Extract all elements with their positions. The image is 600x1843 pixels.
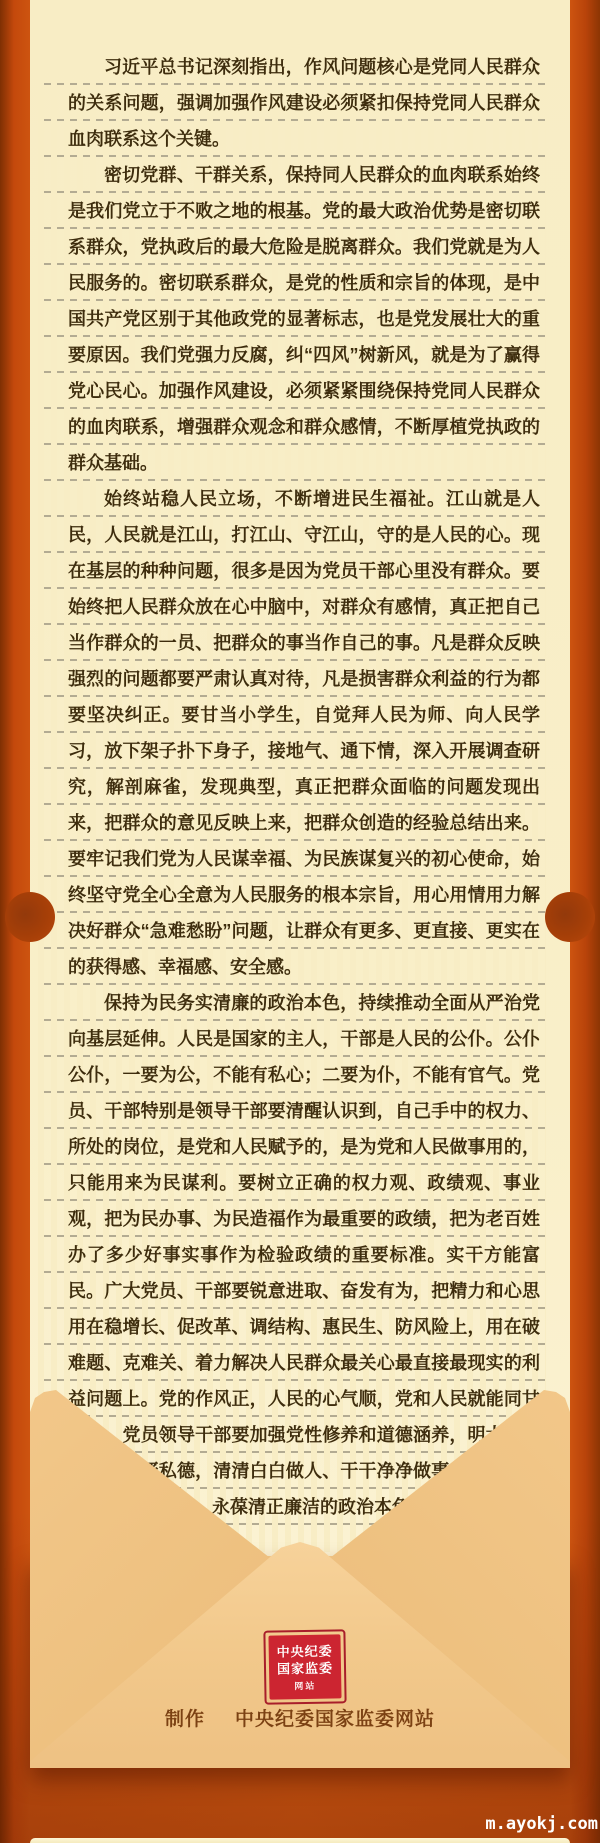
credit-text: 中央纪委国家监委网站 [235, 1704, 435, 1731]
paragraph: 始终站稳人民立场，不断增进民生福祉。江山就是人民，人民就是江山，打江山、守江山，… [68, 481, 540, 985]
paragraph: 习近平总书记深刻指出，作风问题核心是党同人民群众的关系问题，强调加强作风建设必须… [68, 49, 540, 157]
letter-paper: 习近平总书记深刻指出，作风问题核心是党同人民群众的关系问题，强调加强作风建设必须… [30, 0, 570, 1560]
ticket-notch-right [545, 892, 595, 942]
watermark-url: m.ayokj.com [485, 1814, 598, 1834]
ticket-notch-left [5, 892, 55, 942]
poster-page: 习近平总书记深刻指出，作风问题核心是党同人民群众的关系问题，强调加强作风建设必须… [0, 0, 600, 1843]
credit-label: 制作 [165, 1704, 205, 1731]
paragraph: 密切党群、干群关系，保持同人民群众的血肉联系始终是我们党立于不败之地的根基。党的… [68, 157, 540, 481]
next-card-edge [30, 1838, 570, 1843]
article-body: 习近平总书记深刻指出，作风问题核心是党同人民群众的关系问题，强调加强作风建设必须… [68, 49, 540, 1525]
seal-text-line3: 网站 [271, 1679, 339, 1693]
paragraph: 保持为民务实清廉的政治本色，持续推动全面从严治党向基层延伸。人民是国家的主人，干… [68, 985, 540, 1525]
seal-text-line1: 中央纪委 [271, 1642, 339, 1660]
seal-text-line2: 国家监委 [271, 1659, 339, 1677]
ccdi-seal-stamp-icon: 中央纪委 国家监委 网站 [263, 1629, 346, 1704]
credit-line: 制作 中央纪委国家监委网站 [30, 1704, 570, 1731]
seal-inner: 中央纪委 国家监委 网站 [268, 1634, 341, 1699]
